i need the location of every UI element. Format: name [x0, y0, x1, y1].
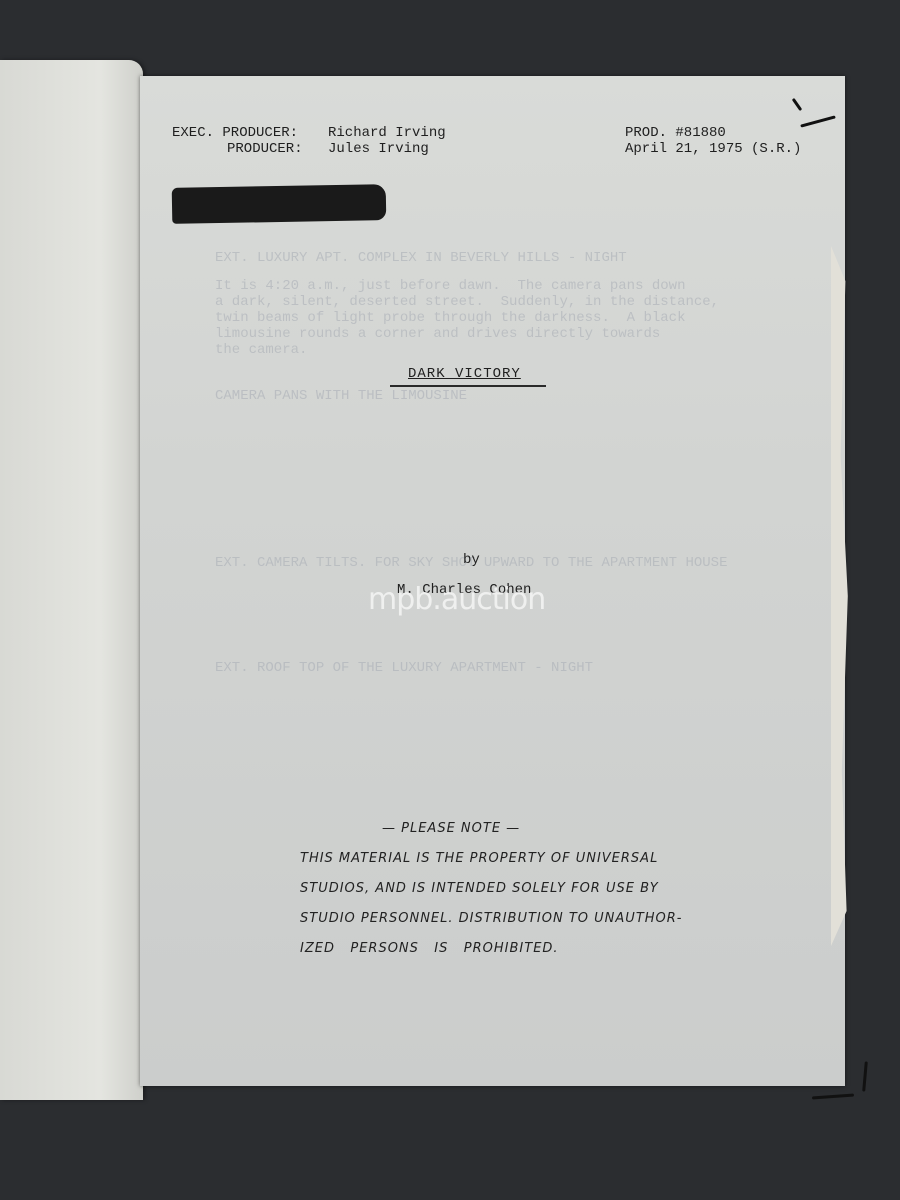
bleed-line: the camera. [215, 342, 307, 358]
script-title-page [140, 76, 845, 1086]
producer-name: Jules Irving [328, 141, 429, 157]
exec-producer-label: EXEC. PRODUCER: [172, 125, 298, 141]
script-title: DARK VICTORY [408, 366, 521, 382]
notice-heading: — PLEASE NOTE — [382, 821, 520, 836]
notice-line: IZED PERSONS IS PROHIBITED. [300, 941, 559, 956]
notice-line: THIS MATERIAL IS THE PROPERTY OF UNIVERS… [300, 851, 658, 866]
torn-page-edge [831, 246, 855, 946]
producer-label: PRODUCER: [227, 141, 303, 157]
by-line: by [463, 552, 480, 568]
exec-producer-name: Richard Irving [328, 125, 446, 141]
marker-redaction [172, 184, 387, 224]
bleed-line: limousine rounds a corner and drives dir… [215, 326, 660, 342]
bleed-line: It is 4:20 a.m., just before dawn. The c… [215, 278, 685, 294]
notice-line: STUDIO PERSONNEL. DISTRIBUTION TO UNAUTH… [300, 911, 683, 926]
bleed-scene-heading: EXT. ROOF TOP OF THE LUXURY APARTMENT - … [215, 660, 593, 676]
bleed-scene-heading: EXT. LUXURY APT. COMPLEX IN BEVERLY HILL… [215, 250, 627, 266]
watermark: mpb.auction [368, 582, 545, 617]
bleed-scene-heading: CAMERA PANS WITH THE LIMOUSINE [215, 388, 467, 404]
script-date: April 21, 1975 (S.R.) [625, 141, 801, 157]
corner-mark [812, 1094, 854, 1100]
corner-mark [862, 1061, 868, 1091]
binder-cover [0, 60, 143, 1100]
production-number: PROD. #81880 [625, 125, 726, 141]
bleed-line: a dark, silent, deserted street. Suddenl… [215, 294, 719, 310]
notice-line: STUDIOS, AND IS INTENDED SOLELY FOR USE … [300, 881, 659, 896]
bleed-line: twin beams of light probe through the da… [215, 310, 685, 326]
title-underline [390, 385, 546, 387]
